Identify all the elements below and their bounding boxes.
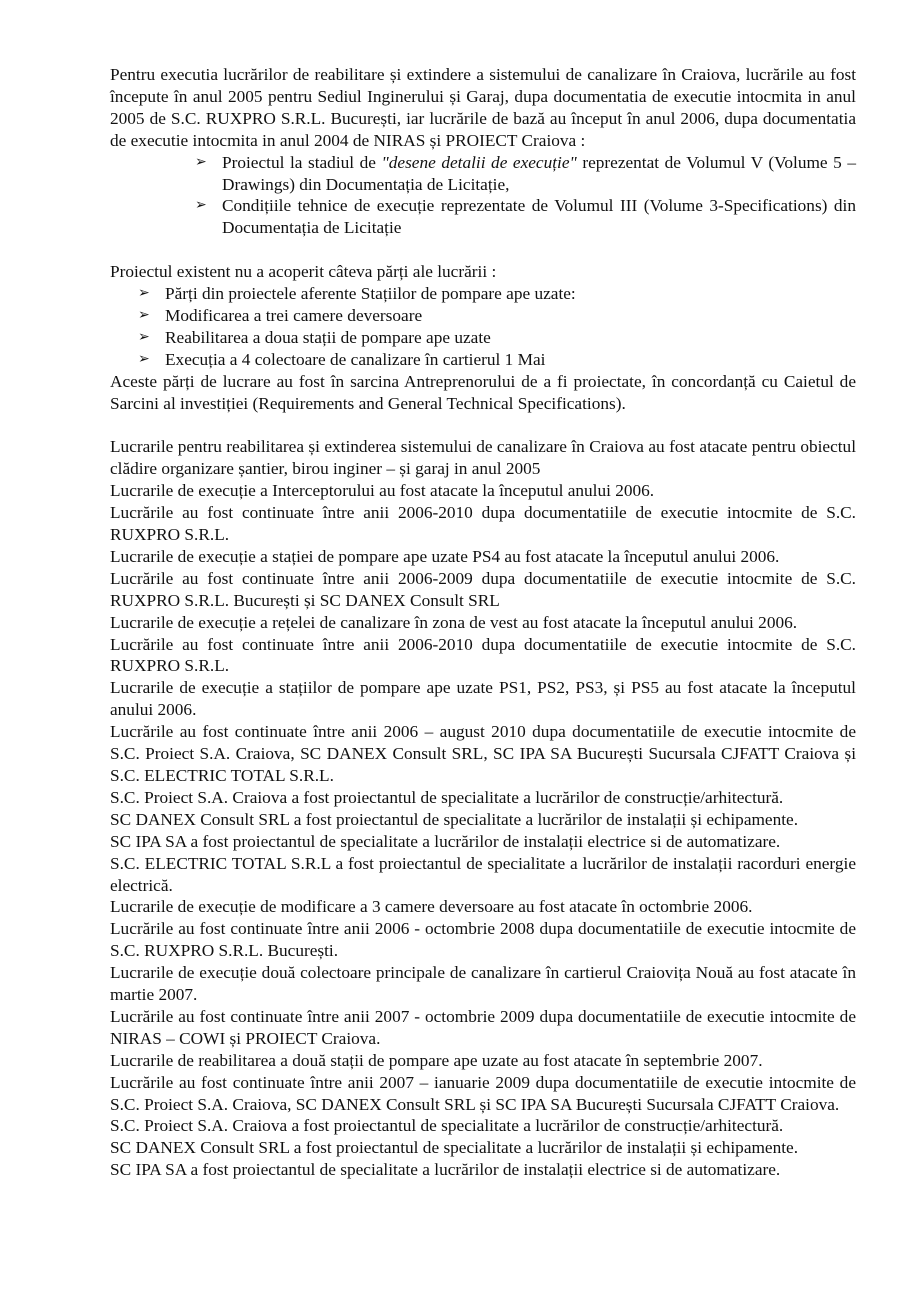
bullet-text: Reabilitarea a doua stații de pompare ap… bbox=[165, 328, 491, 347]
uncovered-closing: Aceste părți de lucrare au fost în sarci… bbox=[110, 371, 856, 415]
intro-paragraph: Pentru executia lucrărilor de reabilitar… bbox=[110, 64, 856, 152]
history-line: Lucrarile pentru reabilitarea și extinde… bbox=[110, 436, 856, 480]
arrow-bullet-icon: ➢ bbox=[138, 305, 150, 327]
history-line: SC DANEX Consult SRL a fost proiectantul… bbox=[110, 1137, 856, 1159]
history-line: Lucrările au fost continuate între anii … bbox=[110, 634, 856, 678]
history-line: Lucrările au fost continuate între anii … bbox=[110, 568, 856, 612]
list-item: ➢Execuția a 4 colectoare de canalizare î… bbox=[165, 349, 856, 371]
bullet-text: Modificarea a trei camere deversoare bbox=[165, 306, 422, 325]
intro-bullet-list: ➢ Proiectul la stadiul de "desene detali… bbox=[110, 152, 856, 240]
bullet-text: Condițiile tehnice de execuție reprezent… bbox=[222, 196, 856, 237]
history-line: Lucrările au fost continuate între anii … bbox=[110, 721, 856, 787]
history-line: Lucrarile de execuție două colectoare pr… bbox=[110, 962, 856, 1006]
history-line: Lucrările au fost continuate între anii … bbox=[110, 918, 856, 962]
history-line: Lucrarile de execuție de modificare a 3 … bbox=[110, 896, 856, 918]
paragraph-spacer bbox=[110, 414, 856, 436]
uncovered-bullet-list: ➢Părți din proiectele aferente Stațiilor… bbox=[110, 283, 856, 371]
list-item: ➢Reabilitarea a doua stații de pompare a… bbox=[165, 327, 856, 349]
arrow-bullet-icon: ➢ bbox=[195, 152, 207, 174]
history-line: Lucrările au fost continuate între anii … bbox=[110, 1006, 856, 1050]
history-line: SC IPA SA a fost proiectantul de special… bbox=[110, 1159, 856, 1181]
list-item: ➢ Condițiile tehnice de execuție repreze… bbox=[222, 195, 856, 239]
history-line: S.C. Proiect S.A. Craiova a fost proiect… bbox=[110, 787, 856, 809]
history-line: Lucrarile de reabilitarea a două stații … bbox=[110, 1050, 856, 1072]
history-line: Lucrările au fost continuate între anii … bbox=[110, 1072, 856, 1116]
arrow-bullet-icon: ➢ bbox=[195, 195, 207, 217]
history-line: Lucrările au fost continuate între anii … bbox=[110, 502, 856, 546]
bullet-text: Proiectul la stadiul de bbox=[222, 153, 382, 172]
history-line: S.C. Proiect S.A. Craiova a fost proiect… bbox=[110, 1115, 856, 1137]
history-section: Lucrarile pentru reabilitarea și extinde… bbox=[110, 436, 856, 1181]
document-page: Pentru executia lucrărilor de reabilitar… bbox=[110, 64, 856, 1181]
history-line: SC DANEX Consult SRL a fost proiectantul… bbox=[110, 809, 856, 831]
arrow-bullet-icon: ➢ bbox=[138, 349, 150, 371]
paragraph-spacer bbox=[110, 239, 856, 261]
history-line: SC IPA SA a fost proiectantul de special… bbox=[110, 831, 856, 853]
uncovered-heading: Proiectul existent nu a acoperit câteva … bbox=[110, 261, 856, 283]
list-item: ➢Modificarea a trei camere deversoare bbox=[165, 305, 856, 327]
history-line: Lucrarile de execuție a rețelei de canal… bbox=[110, 612, 856, 634]
bullet-text: Execuția a 4 colectoare de canalizare în… bbox=[165, 350, 545, 369]
list-item: ➢ Proiectul la stadiul de "desene detali… bbox=[222, 152, 856, 196]
history-line: Lucrarile de execuție a stației de pompa… bbox=[110, 546, 856, 568]
history-line: S.C. ELECTRIC TOTAL S.R.L a fost proiect… bbox=[110, 853, 856, 897]
arrow-bullet-icon: ➢ bbox=[138, 327, 150, 349]
history-line: Lucrarile de execuție a stațiilor de pom… bbox=[110, 677, 856, 721]
list-item: ➢Părți din proiectele aferente Stațiilor… bbox=[165, 283, 856, 305]
bullet-emphasis: "desene detalii de execuție" bbox=[382, 153, 577, 172]
history-line: Lucrarile de execuție a Interceptorului … bbox=[110, 480, 856, 502]
arrow-bullet-icon: ➢ bbox=[138, 283, 150, 305]
bullet-text: Părți din proiectele aferente Stațiilor … bbox=[165, 284, 576, 303]
